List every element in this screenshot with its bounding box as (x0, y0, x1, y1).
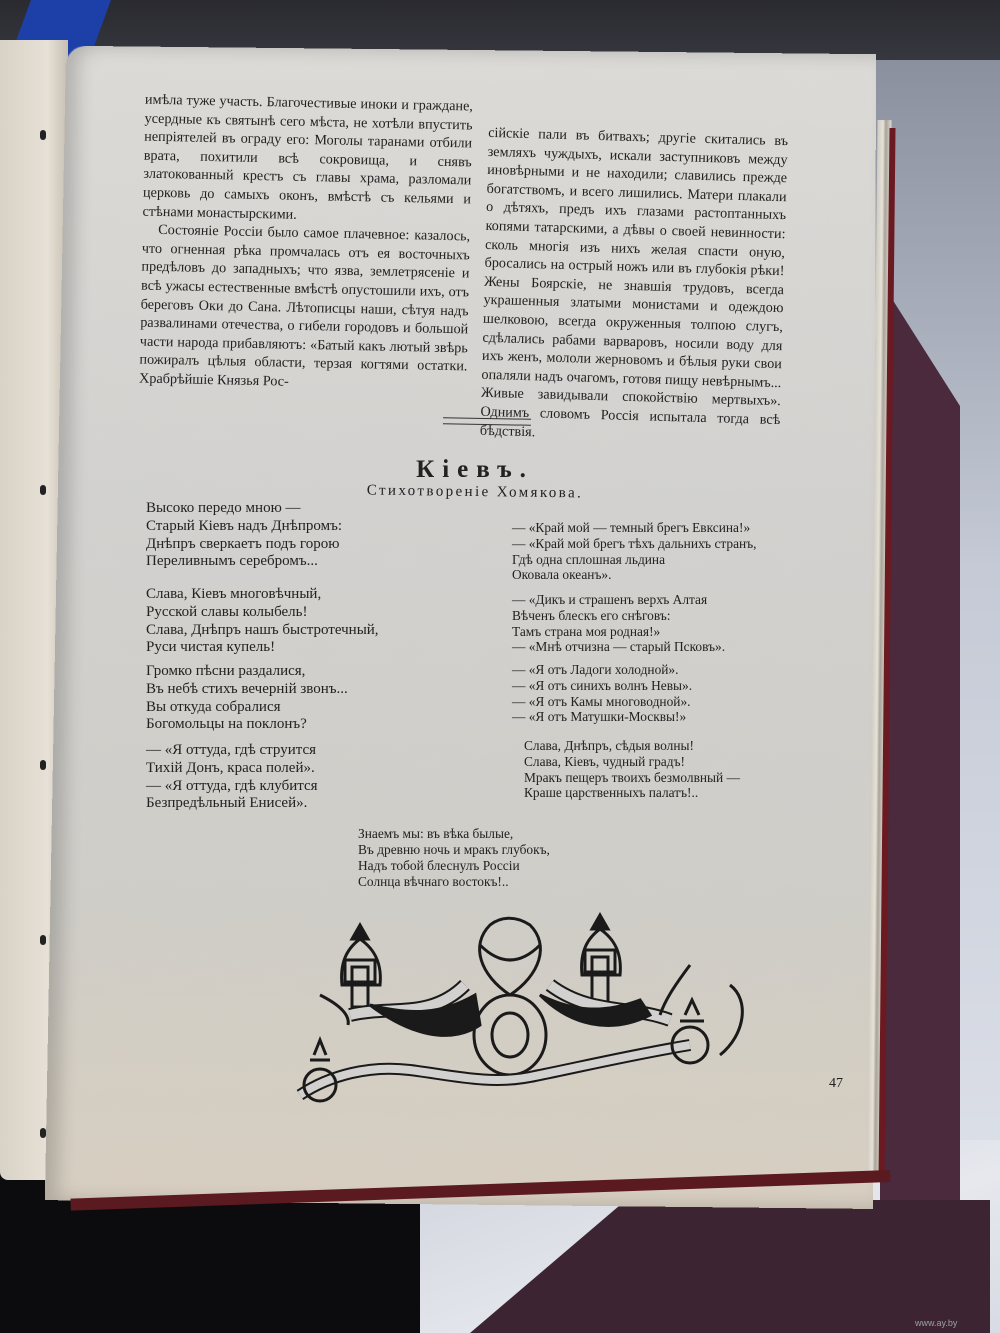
poem-line: Богомольцы на поклонъ? (146, 716, 348, 734)
binding-stitch (40, 485, 46, 495)
interlace-ornament-icon (290, 905, 770, 1105)
poem-line: Слава, Днѣпръ, сѣдыя волны! (524, 738, 740, 754)
poem-line: — «Я оттуда, гдѣ клубится (146, 778, 318, 796)
poem-stanza: Слава, Днѣпръ, сѣдыя волны! Слава, Кіевъ… (524, 738, 740, 801)
poem-line: Вѣченъ блескъ его снѣговъ: (512, 608, 725, 624)
poem-line: Днѣпръ сверкаетъ подъ горою (146, 536, 342, 554)
poem-line: Тихій Донъ, краса полей». (146, 760, 318, 778)
prose-paragraph: Состояніе Россіи было самое плачевное: к… (139, 221, 470, 395)
watermark: www.ay.by (915, 1318, 957, 1328)
poem-line: — «Я оттуда, гдѣ струится (146, 742, 318, 760)
poem-line: Въ небѣ стихъ вечерній звонъ... (146, 681, 348, 699)
poem-line: — «Край мой — темный брегъ Евксина!» (512, 520, 756, 536)
poem-line: Мракъ пещеръ твоихъ безмолвный — (524, 770, 740, 786)
poem-final-stanza: Знаемъ мы: въ вѣка былые, Въ древню ночь… (358, 826, 550, 890)
poem-stanza: — «Я оттуда, гдѣ струится Тихій Донъ, кр… (146, 742, 318, 813)
poem-line: — «Я отъ Камы многоводной». (512, 694, 692, 710)
poem-line: Руси чистая купель! (146, 639, 379, 657)
poem-line: Старый Кіевъ надъ Днѣпромъ: (146, 518, 342, 536)
poem-stanza: Слава, Кіевъ многовѣчный, Русской славы … (146, 586, 379, 657)
poem-stanza: — «Дикъ и страшенъ верхъ Алтая Вѣченъ бл… (512, 592, 725, 655)
poem-stanza: Высоко передо мною — Старый Кіевъ надъ Д… (146, 500, 342, 571)
binding-stitch (40, 935, 46, 945)
poem-line: Тамъ страна моя родная!» (512, 624, 725, 640)
prose-column-left: имѣла туже участь. Благочестивые иноки и… (139, 91, 473, 395)
poem-line: Оковала океанъ». (512, 567, 756, 583)
poem-title: Кіевъ. (360, 456, 590, 484)
poem-line: Знаемъ мы: въ вѣка былые, (358, 826, 550, 842)
poem-line: — «Я отъ синихъ волнъ Невы». (512, 678, 692, 694)
poem-line: — «Я отъ Ладоги холодной». (512, 662, 692, 678)
poem-line: Высоко передо мною — (146, 500, 342, 518)
prose-column-right: сійскіе пали въ битвахъ; другіе скиталис… (480, 124, 789, 448)
poem-line: Безпредѣльный Енисей». (146, 795, 318, 813)
poem-line: Краше царственныхъ палатъ!.. (524, 785, 740, 801)
poem-stanza: — «Я отъ Ладоги холодной». — «Я отъ сини… (512, 662, 692, 725)
poem-line: Въ древню ночь и мракъ глубокъ, (358, 842, 550, 858)
poem-stanza: — «Край мой — темный брегъ Евксина!» — «… (512, 520, 756, 583)
poem-line: Гдѣ одна сплошная льдина (512, 552, 756, 568)
poem-line: Надъ тобой блеснулъ Россіи (358, 858, 550, 874)
poem-line: Переливнымъ серебромъ... (146, 553, 342, 571)
poem-line: — «Дикъ и страшенъ верхъ Алтая (512, 592, 725, 608)
poem-line: — «Я отъ Матушки-Москвы!» (512, 709, 692, 725)
poem-stanza: Громко пѣсни раздалися, Въ небѣ стихъ ве… (146, 663, 348, 734)
poem-line: Громко пѣсни раздалися, (146, 663, 348, 681)
prose-paragraph: сійскіе пали въ битвахъ; другіе скиталис… (480, 124, 789, 448)
poem-line: Слава, Кіевъ, чудный градъ! (524, 754, 740, 770)
binding-stitch (40, 130, 46, 140)
poem-line: — «Мнѣ отчизна — старый Псковъ». (512, 639, 725, 655)
poem-line: Русской славы колыбель! (146, 604, 379, 622)
poem-line: Слава, Днѣпръ нашъ быстротечный, (146, 622, 379, 640)
poem-line: Вы откуда собралися (146, 699, 348, 717)
page-number: 47 (829, 1076, 843, 1092)
poem-line: — «Край мой брегъ тѣхъ дальнихъ странъ, (512, 536, 756, 552)
poem-line: Солнца вѣчнаго востокъ!.. (358, 874, 550, 890)
prose-paragraph: имѣла туже участь. Благочестивые иноки и… (142, 91, 473, 228)
poem-line: Слава, Кіевъ многовѣчный, (146, 586, 379, 604)
binding-stitch (40, 760, 46, 770)
